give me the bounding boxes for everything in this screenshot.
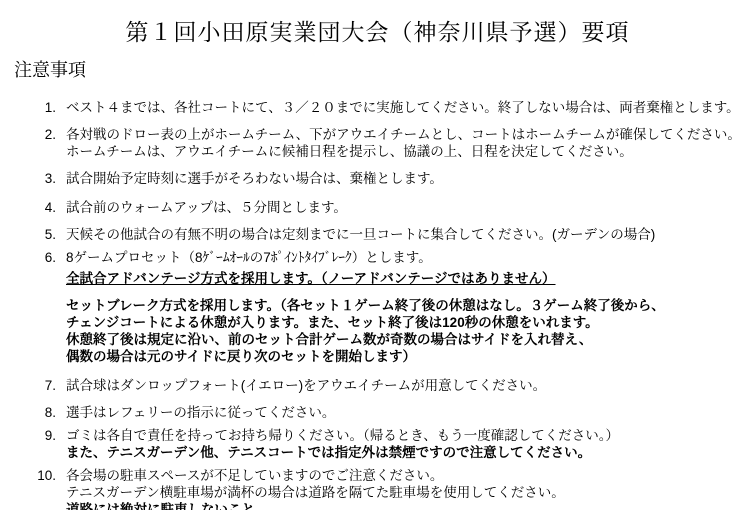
note-item-2: 2. 各対戦のドロー表の上がホームチーム、下がアウエイチームとし、コートはホーム…	[0, 126, 755, 160]
note-item-7: 7. 試合球はダンロップフォート(イエロー)をアウエイチームが用意してください。	[0, 377, 755, 394]
note-body: ベスト４までは、各社コートにて、３／２０までに実施してください。終了しない場合は…	[66, 99, 755, 116]
note-line: テニスガーデン横駐車場が満杯の場合は道路を隔てた駐車場を使用してください。	[66, 484, 755, 501]
note-body: 試合開始予定時刻に選手がそろわない場合は、棄権とします。	[66, 170, 755, 187]
note-body: 選手はレフェリーの指示に従ってください。	[66, 404, 755, 421]
note-line-bold: チェンジコートによる休憩が入ります。また、セット終了後は120秒の休憩をいれます…	[66, 314, 755, 331]
note-line: 各会場の駐車スペースが不足していますのでご注意ください。	[66, 467, 755, 484]
note-line-bold: また、テニスガーデン他、テニスコートでは指定外は禁煙ですので注意してください。	[66, 444, 755, 461]
note-number: 7.	[0, 377, 66, 394]
note-line: ゴミは各自で責任を持ってお持ち帰りください。（帰るとき、もう一度確認してください…	[66, 427, 755, 444]
note-body: 8ゲームプロセット（8ｹﾞｰﾑｵｰﾙの7ﾎﾟｲﾝﾄﾀｲﾌﾞﾚｰｸ）とします。 全…	[66, 249, 755, 365]
note-line: 試合球はダンロップフォート(イエロー)をアウエイチームが用意してください。	[66, 377, 755, 394]
note-body: 試合前のウォームアップは、５分間とします。	[66, 199, 755, 216]
note-number: 9.	[0, 427, 66, 461]
note-number: 8.	[0, 404, 66, 421]
note-body: 試合球はダンロップフォート(イエロー)をアウエイチームが用意してください。	[66, 377, 755, 394]
note-line: 試合前のウォームアップは、５分間とします。	[66, 199, 755, 216]
document-page: 第１回小田原実業団大会（神奈川県予選）要項 注意事項 1. ベスト４までは、各社…	[0, 0, 755, 510]
note-line: 選手はレフェリーの指示に従ってください。	[66, 404, 755, 421]
note-item-9: 9. ゴミは各自で責任を持ってお持ち帰りください。（帰るとき、もう一度確認してく…	[0, 427, 755, 461]
note-body: 各対戦のドロー表の上がホームチーム、下がアウエイチームとし、コートはホームチーム…	[66, 126, 755, 160]
note-line: 8ゲームプロセット（8ｹﾞｰﾑｵｰﾙの7ﾎﾟｲﾝﾄﾀｲﾌﾞﾚｰｸ）とします。	[66, 249, 755, 266]
note-item-3: 3. 試合開始予定時刻に選手がそろわない場合は、棄権とします。	[0, 170, 755, 187]
note-body: 各会場の駐車スペースが不足していますのでご注意ください。 テニスガーデン横駐車場…	[66, 467, 755, 510]
note-item-10: 10. 各会場の駐車スペースが不足していますのでご注意ください。 テニスガーデン…	[0, 467, 755, 510]
note-body: ゴミは各自で責任を持ってお持ち帰りください。（帰るとき、もう一度確認してください…	[66, 427, 755, 461]
note-item-6: 6. 8ゲームプロセット（8ｹﾞｰﾑｵｰﾙの7ﾎﾟｲﾝﾄﾀｲﾌﾞﾚｰｸ）とします…	[0, 249, 755, 365]
note-number: 1.	[0, 99, 66, 116]
note-line-emphasized: 道路には絶対に駐車しないこと。	[66, 501, 755, 510]
note-line-emphasized: 全試合アドバンテージ方式を採用します。（ノーアドバンテージではありません）	[66, 270, 755, 287]
note-number: 4.	[0, 199, 66, 216]
note-item-5: 5. 天候その他試合の有無不明の場合は定刻までに一旦コートに集合してください。(…	[0, 226, 755, 243]
note-number: 6.	[0, 249, 66, 365]
note-number: 5.	[0, 226, 66, 243]
note-line: 各対戦のドロー表の上がホームチーム、下がアウエイチームとし、コートはホームチーム…	[66, 126, 755, 143]
note-body: 天候その他試合の有無不明の場合は定刻までに一旦コートに集合してください。(ガーデ…	[66, 226, 755, 243]
note-item-1: 1. ベスト４までは、各社コートにて、３／２０までに実施してください。終了しない…	[0, 99, 755, 116]
note-line-bold: 休憩終了後は規定に沿い、前のセット合計ゲーム数が奇数の場合はサイドを入れ替え、	[66, 331, 755, 348]
note-line: 試合開始予定時刻に選手がそろわない場合は、棄権とします。	[66, 170, 755, 187]
note-number: 10.	[0, 467, 66, 510]
note-item-4: 4. 試合前のウォームアップは、５分間とします。	[0, 199, 755, 216]
note-number: 3.	[0, 170, 66, 187]
note-line: 天候その他試合の有無不明の場合は定刻までに一旦コートに集合してください。(ガーデ…	[66, 226, 755, 243]
note-number: 2.	[0, 126, 66, 160]
note-line: ホームチームは、アウエイチームに候補日程を提示し、協議の上、日程を決定してくださ…	[66, 143, 755, 160]
note-line-bold: 偶数の場合は元のサイドに戻り次のセットを開始します）	[66, 348, 755, 365]
note-item-8: 8. 選手はレフェリーの指示に従ってください。	[0, 404, 755, 421]
note-line-bold: セットブレーク方式を採用します。（各セット１ゲーム終了後の休憩はなし。３ゲーム終…	[66, 297, 755, 314]
note-line: ベスト４までは、各社コートにて、３／２０までに実施してください。終了しない場合は…	[66, 99, 755, 116]
notes-list: 1. ベスト４までは、各社コートにて、３／２０までに実施してください。終了しない…	[0, 99, 755, 510]
section-heading: 注意事項	[14, 56, 755, 82]
document-title: 第１回小田原実業団大会（神奈川県予選）要項	[0, 0, 755, 47]
